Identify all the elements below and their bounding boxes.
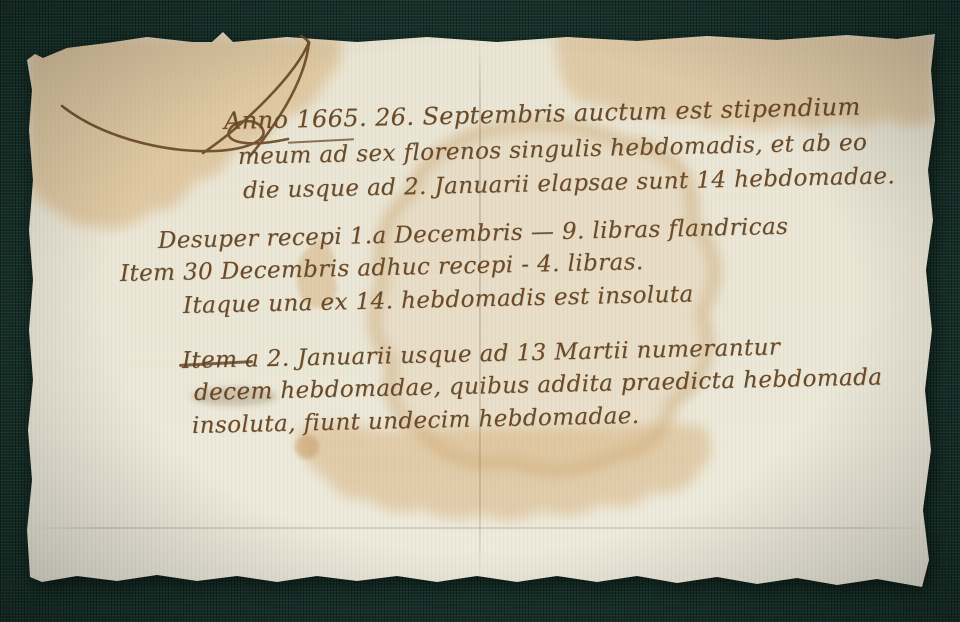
manuscript-line-9: insoluta, fiunt undecim hebdomadae.	[192, 403, 640, 439]
manuscript-line-6: Itaque una ex 14. hebdomadis est insolut…	[183, 281, 694, 319]
manuscript-line-5: Item 30 Decembris adhuc recepi - 4. libr…	[120, 249, 644, 287]
manuscript-line-3: die usque ad 2. Januarii elapsae sunt 14…	[243, 163, 896, 204]
handwriting-layer: Anno 1665. 26. Septembris auctum est sti…	[0, 0, 960, 622]
photograph-of-manuscript: Anno 1665. 26. Septembris auctum est sti…	[0, 0, 960, 622]
manuscript-line-1: Anno 1665. 26. Septembris auctum est sti…	[224, 93, 861, 135]
manuscript-line-4: Desuper recepi 1.a Decembris — 9. libras…	[158, 214, 789, 254]
manuscript-line-2: meum ad sex florenos singulis hebdomadis…	[238, 130, 868, 170]
